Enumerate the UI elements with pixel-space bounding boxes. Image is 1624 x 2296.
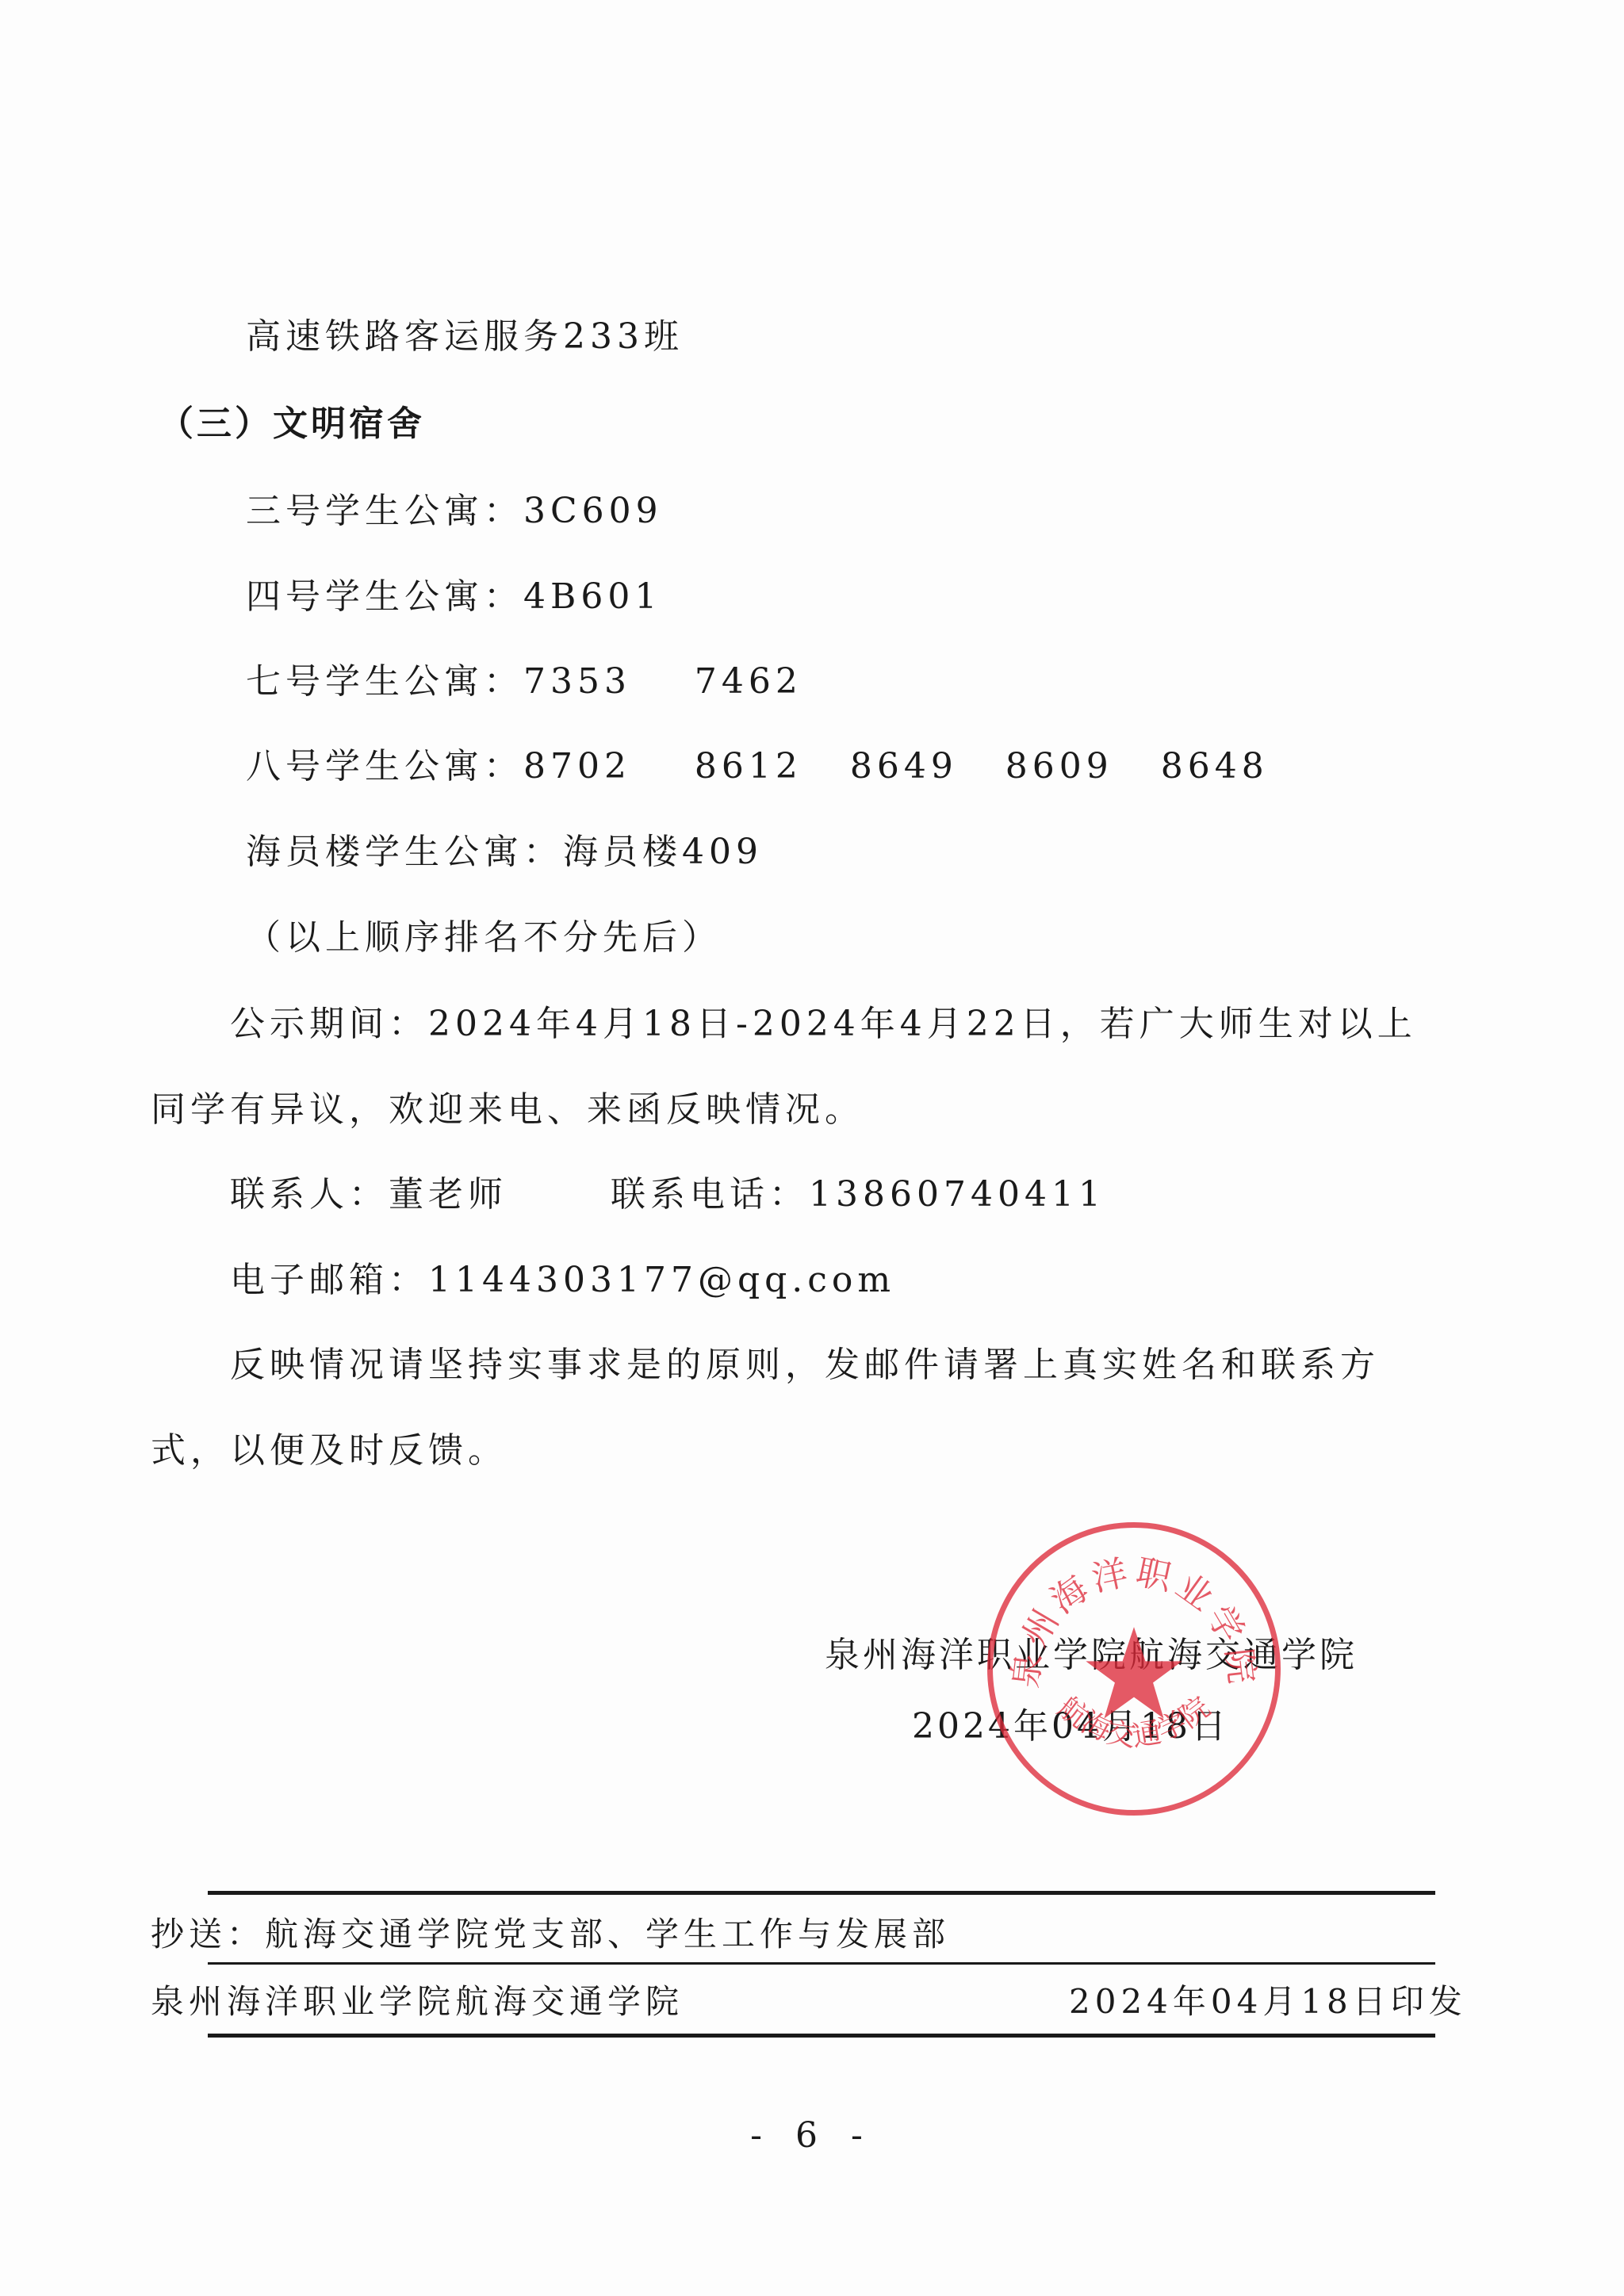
issue-date: 2024年04月18日印发	[1069, 1978, 1467, 2026]
dorm-row-4: 四号学生公寓：4B601	[246, 573, 661, 621]
footer-rule-middle	[208, 1962, 1435, 1965]
official-seal: 泉州海洋职业学院 航海交通学院	[987, 1522, 1281, 1816]
order-note: （以上顺序排名不分先后）	[246, 914, 722, 962]
email: 电子邮箱：1144303177@qq.com	[230, 1257, 895, 1304]
dorm-label: 四号学生公寓：	[246, 576, 523, 617]
dorm-rooms: 7353 7462	[523, 661, 802, 702]
seal-star-icon: 泉州海洋职业学院 航海交通学院	[993, 1528, 1275, 1810]
dorm-rooms: 3C609	[523, 491, 663, 531]
dorm-label: 三号学生公寓：	[246, 491, 523, 531]
principle-line1: 反映情况请坚持实事求是的原则，发邮件请署上真实姓名和联系方	[230, 1341, 1380, 1389]
dorm-rooms: 4B601	[523, 576, 661, 617]
dorm-row-8: 八号学生公寓：8702 8612 8649 8609 8648	[246, 743, 1269, 790]
notice-period-line2: 同学有异议，欢迎来电、来函反映情况。	[151, 1086, 864, 1134]
dorm-rooms: 8702 8612 8649 8609 8648	[523, 746, 1269, 786]
class-line: 高速铁路客运服务233班	[246, 313, 684, 361]
dorm-rooms: 海员楼409	[563, 832, 763, 872]
notice-period-line1: 公示期间：2024年4月18日-2024年4月22日，若广大师生对以上	[230, 1001, 1417, 1048]
contact-phone: 联系电话：13860740411	[611, 1171, 1105, 1219]
dorm-row-3: 三号学生公寓：3C609	[246, 488, 663, 535]
dorm-label: 八号学生公寓：	[246, 746, 523, 786]
dorm-row-seaman: 海员楼学生公寓：海员楼409	[246, 828, 763, 876]
footer-rule-bottom	[208, 2034, 1435, 2038]
section-heading: （三）文明宿舍	[159, 400, 425, 448]
page-number: - 6 -	[0, 2115, 1624, 2156]
dorm-label: 七号学生公寓：	[246, 661, 523, 702]
principle-line2: 式，以便及时反馈。	[151, 1427, 507, 1475]
issuer: 泉州海洋职业学院航海交通学院	[151, 1978, 684, 2026]
dorm-row-7: 七号学生公寓：7353 7462	[246, 658, 802, 706]
svg-text:航海交通学院: 航海交通学院	[1051, 1689, 1216, 1753]
contact-person: 联系人：董老师	[230, 1171, 507, 1219]
footer-rule-top	[208, 1891, 1435, 1895]
dorm-label: 海员楼学生公寓：	[246, 832, 563, 872]
document-page: 高速铁路客运服务233班 （三）文明宿舍 三号学生公寓：3C609 四号学生公寓…	[0, 0, 1624, 2296]
cc-line: 抄送：航海交通学院党支部、学生工作与发展部	[151, 1911, 950, 1958]
